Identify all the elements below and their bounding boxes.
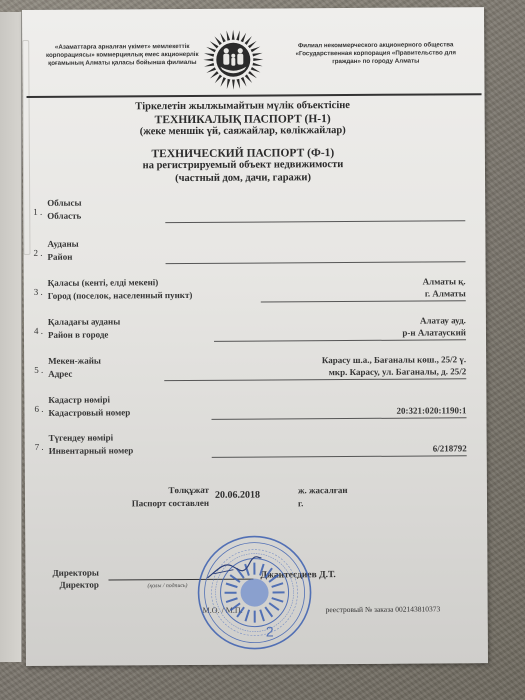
field-underline: [164, 378, 466, 381]
field-region: 1 . Облысы Область: [33, 195, 465, 228]
title-ru-line3: (частный дом, дачи, гаражи): [83, 171, 403, 185]
registry-order-number: реестровый № заказа 002143810373: [326, 604, 441, 614]
field-underline: [212, 455, 467, 458]
composed-label: Төлқұжат Паспорт составлен: [65, 485, 209, 486]
underlying-page-edge: [0, 12, 22, 662]
binding-strip: [22, 40, 30, 255]
field-city: 3 . Қаласы (кенті, елді мекені) Город (п…: [34, 275, 466, 308]
composed-date: 20.06.2018: [215, 490, 260, 501]
official-round-stamp-icon: 2: [195, 533, 314, 652]
field-underline: [166, 261, 466, 264]
field-cadastral-number: 6 . Кадастр нөмірі Кадастровый номер 20:…: [34, 392, 466, 425]
field-underline: [261, 300, 466, 302]
field-address: 5 . Мекен-жайы Адрес Карасу ш.а., Бағана…: [34, 353, 466, 386]
field-city-district: 4 . Қаладағы ауданы Район в городе Алата…: [34, 314, 466, 347]
composed-suffix: ж. жасалған г.: [298, 484, 348, 510]
svg-text:2: 2: [266, 623, 274, 639]
header-org-ru: Филиал некоммерческого акционерного обще…: [288, 41, 463, 66]
field-district: 2 . Ауданы Район: [33, 236, 465, 269]
field-underline: [214, 339, 466, 342]
header-org-kz: «Азаматтарға арналған үкімет» мемлекетті…: [37, 43, 207, 68]
signature-scribble: [203, 554, 263, 584]
field-underline: [165, 220, 465, 223]
sun-family-emblem-icon: [198, 26, 268, 92]
document-page: «Азаматтарға арналған үкімет» мемлекетті…: [22, 7, 488, 666]
field-underline: [212, 417, 467, 420]
field-inventory-number: 7 . Түгендеу нөмірі Инвентарный номер 6/…: [35, 430, 467, 463]
document-title-block: Тіркелетін жылжымайтын мүлік объектісіне…: [83, 100, 404, 186]
signature-caption: (қолы / подпись): [148, 583, 188, 589]
header-divider: [27, 93, 482, 97]
